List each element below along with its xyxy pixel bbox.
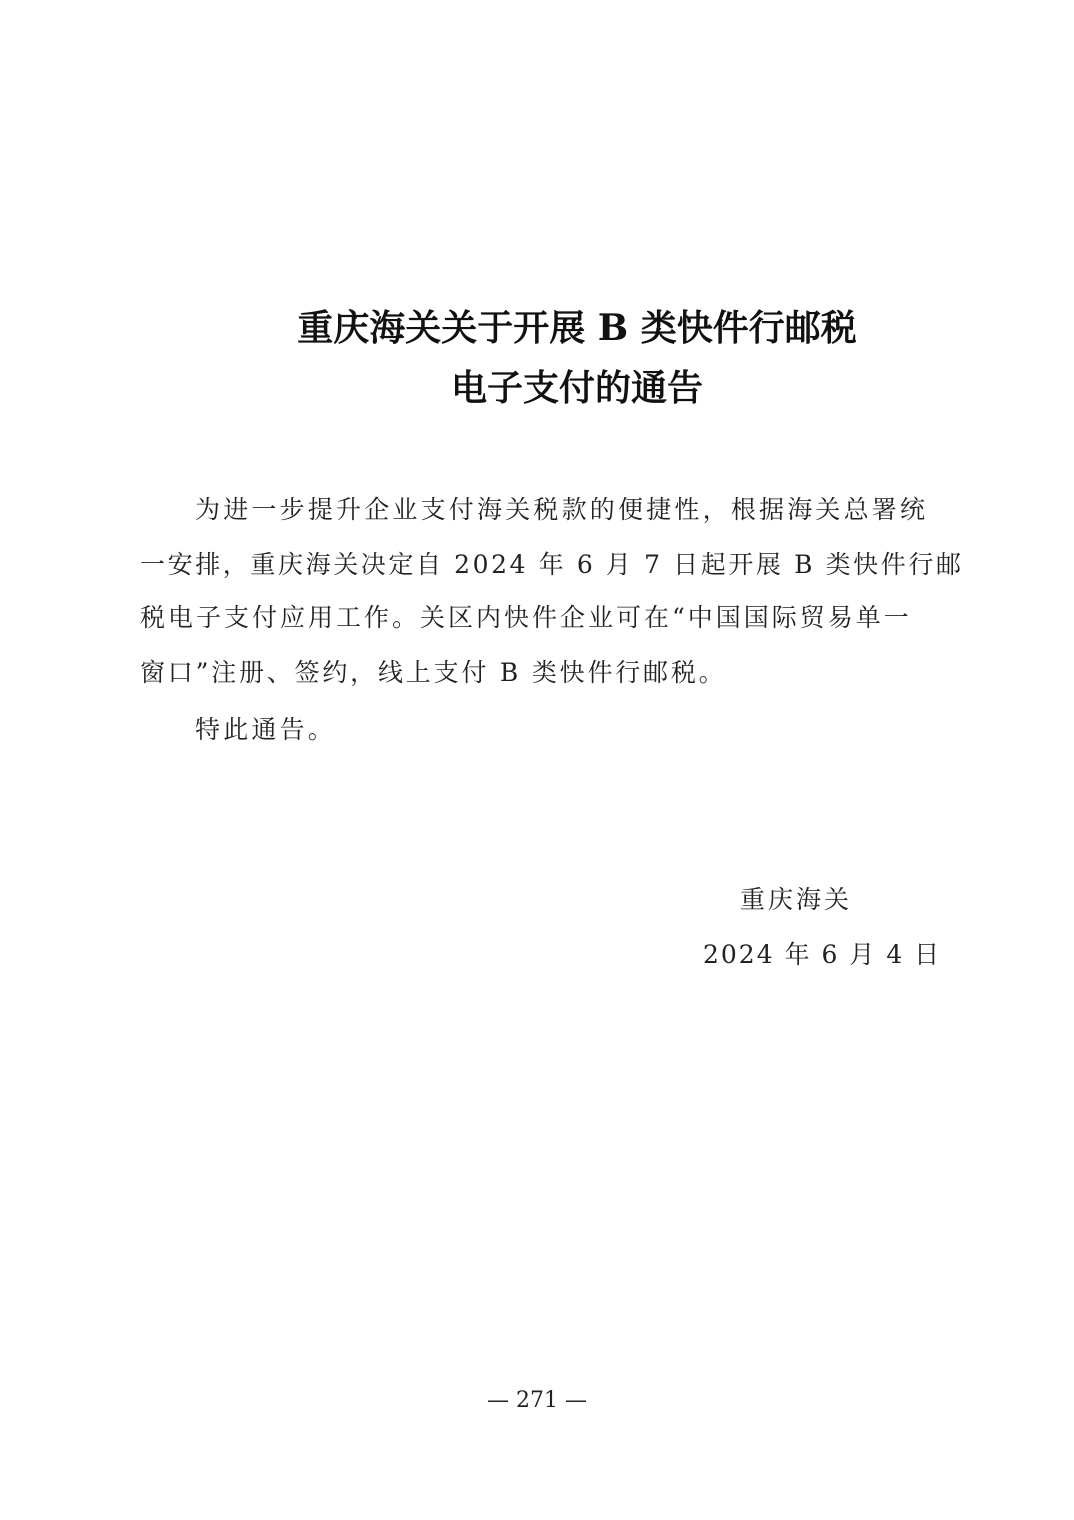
document-title-line-2: 电子支付的通告 — [40, 360, 1074, 411]
body-line: 窗口”注册、签约，线上支付 B 类快件行邮税。 — [140, 653, 726, 689]
body-line: 税电子支付应用工作。关区内快件企业可在“中国国际贸易单一 — [140, 598, 912, 634]
page-number: — 271 — — [0, 1388, 1074, 1413]
signature-organization: 重庆海关 — [740, 880, 852, 916]
signature-date: 2024 年 6 月 4 日 — [703, 935, 941, 971]
closing-line: 特此通告。 — [195, 710, 336, 746]
document-title-line-1: 重庆海关关于开展 B 类快件行邮税 — [40, 300, 1074, 351]
body-line: 一安排，重庆海关决定自 2024 年 6 月 7 日起开展 B 类快件行邮 — [140, 545, 964, 581]
body-line: 为进一步提升企业支付海关税款的便捷性，根据海关总署统 — [195, 490, 928, 526]
